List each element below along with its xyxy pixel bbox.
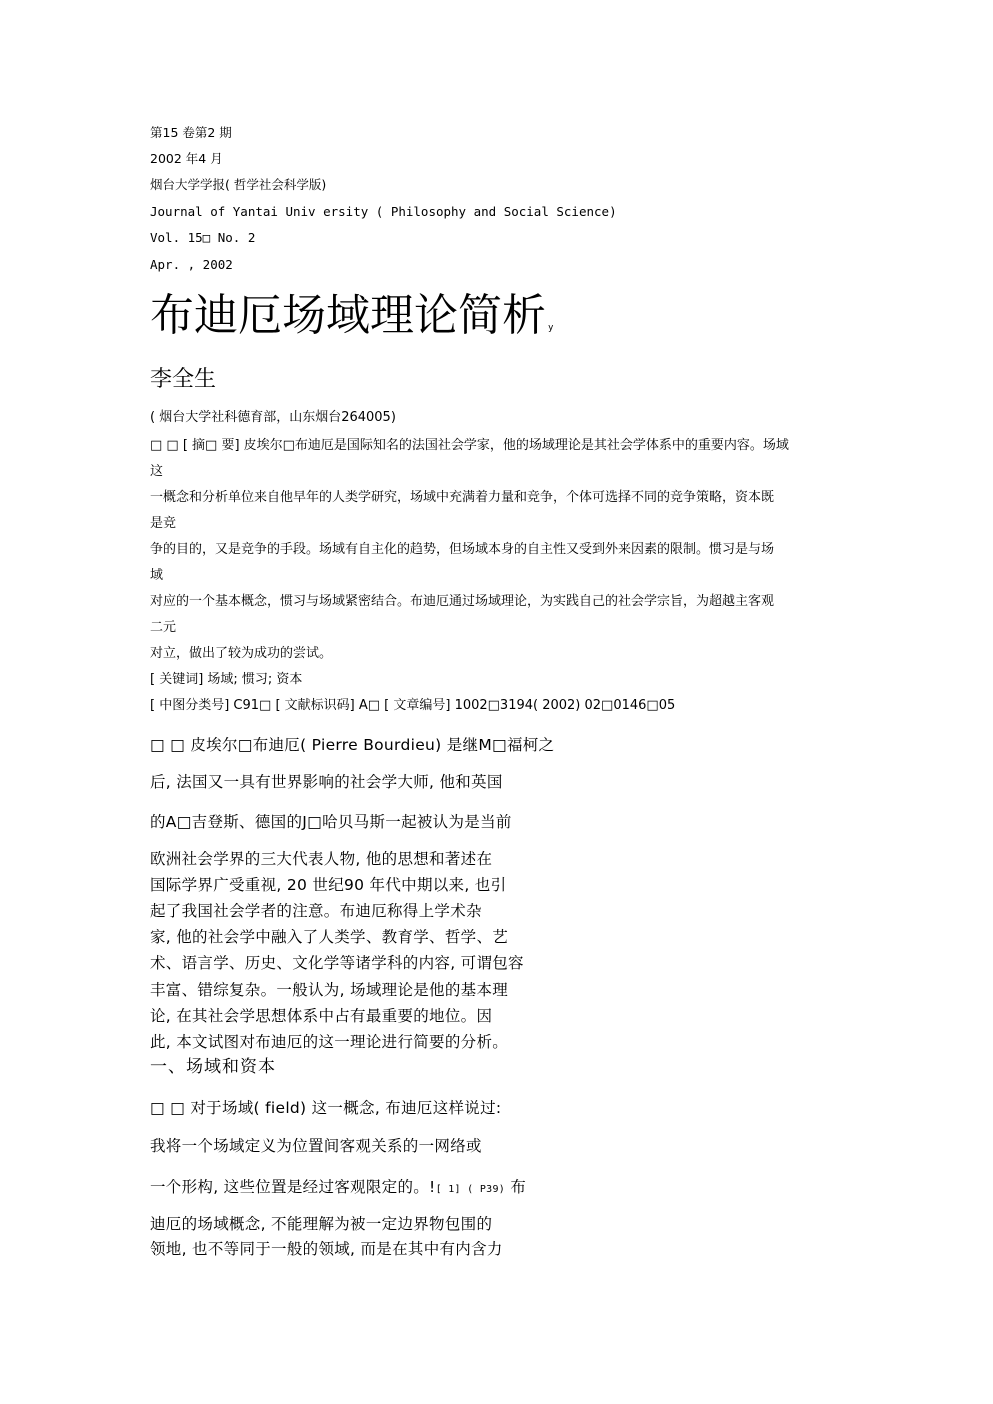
author-affiliation: ( 烟台大学社科德育部，山东烟台264005) [150,411,396,424]
abstract-line: 对应的一个基本概念，惯习与场域紧密结合。布迪厄通过场域理论，为实践自己的社会学宗… [150,595,774,608]
body-line: 论, 在其社会学思想体系中占有最重要的地位。因 [150,1009,492,1025]
journal-name-en: Journal of Yantai Univ ersity ( Philosop… [150,206,617,219]
abstract-line: 一概念和分析单位来自他早年的人类学研究，场域中充满着力量和竞争，个体可选择不同的… [150,491,774,504]
quote-tail: 布 [505,1178,526,1196]
volume-issue-cn: 第15 卷第2 期 [150,127,232,140]
quote-text: 一个形构, 这些位置是经过客观限定的。! [150,1178,436,1196]
body-line: 我将一个场域定义为位置间客观关系的一网络或 [150,1139,482,1155]
article-title: 布迪厄场域理论简析y [150,294,553,338]
classification-info: [ 中图分类号] C91□ [ 文献标识码] A□ [ 文章编号] 1002□3… [150,699,675,712]
keywords: [ 关键词] 场域; 惯习; 资本 [150,673,302,686]
abstract-line: 域 [150,569,163,582]
body-line: 丰富、错综复杂。一般认为, 场域理论是他的基本理 [150,983,508,999]
title-footnote-mark: y [548,323,553,333]
abstract-line: 对立，做出了较为成功的尝试。 [150,647,332,660]
abstract-line: 是竞 [150,517,176,530]
body-line: □ □ 皮埃尔□布迪厄( Pierre Bourdieu) 是继M□福柯之 [150,738,554,754]
body-line: 欧洲社会学界的三大代表人物, 他的思想和著述在 [150,852,492,868]
body-line: 国际学界广受重视, 20 世纪90 年代中期以来, 也引 [150,878,506,894]
body-line: 起了我国社会学者的注意。布迪厄称得上学术杂 [150,904,482,920]
article-title-text: 布迪厄场域理论简析 [150,290,546,341]
section-heading: 一、场域和资本 [150,1059,276,1076]
quote-line: 一个形构, 这些位置是经过客观限定的。![ 1] ( P39) 布 [150,1180,526,1196]
abstract-line: 这 [150,465,163,478]
journal-name-cn: 烟台大学学报( 哲学社会科学版) [150,179,326,192]
body-line: 后, 法国又一具有世界影响的社会学大师, 他和英国 [150,775,503,791]
date-en: Apr. , 2002 [150,259,233,272]
date-cn: 2002 年4 月 [150,153,223,166]
body-line: 家, 他的社会学中融入了人类学、教育学、哲学、艺 [150,930,508,946]
body-line: □ □ 对于场域( field) 这一概念, 布迪厄这样说过: [150,1101,501,1117]
abstract-line: 争的目的，又是竞争的手段。场域有自主化的趋势，但场域本身的自主性又受到外来因素的… [150,543,774,556]
body-line: 领地, 也不等同于一般的领域, 而是在其中有内含力 [150,1242,503,1258]
body-line: 迪厄的场域概念, 不能理解为被一定边界物包围的 [150,1217,492,1233]
abstract-line: □ □ [ 摘□ 要] 皮埃尔□布迪厄是国际知名的法国社会学家，他的场域理论是其… [150,439,789,452]
abstract-line: 二元 [150,621,176,634]
author-name: 李全生 [150,369,216,391]
volume-issue-en: Vol. 15□ No. 2 [150,232,255,245]
body-line: 的A□吉登斯、德国的J□哈贝马斯一起被认为是当前 [150,815,512,831]
body-line: 术、语言学、历史、文化学等诸学科的内容, 可谓包容 [150,956,524,972]
body-line: 此, 本文试图对布迪厄的这一理论进行简要的分析。 [150,1035,508,1051]
citation-reference: [ 1] ( P39) [436,1184,506,1195]
